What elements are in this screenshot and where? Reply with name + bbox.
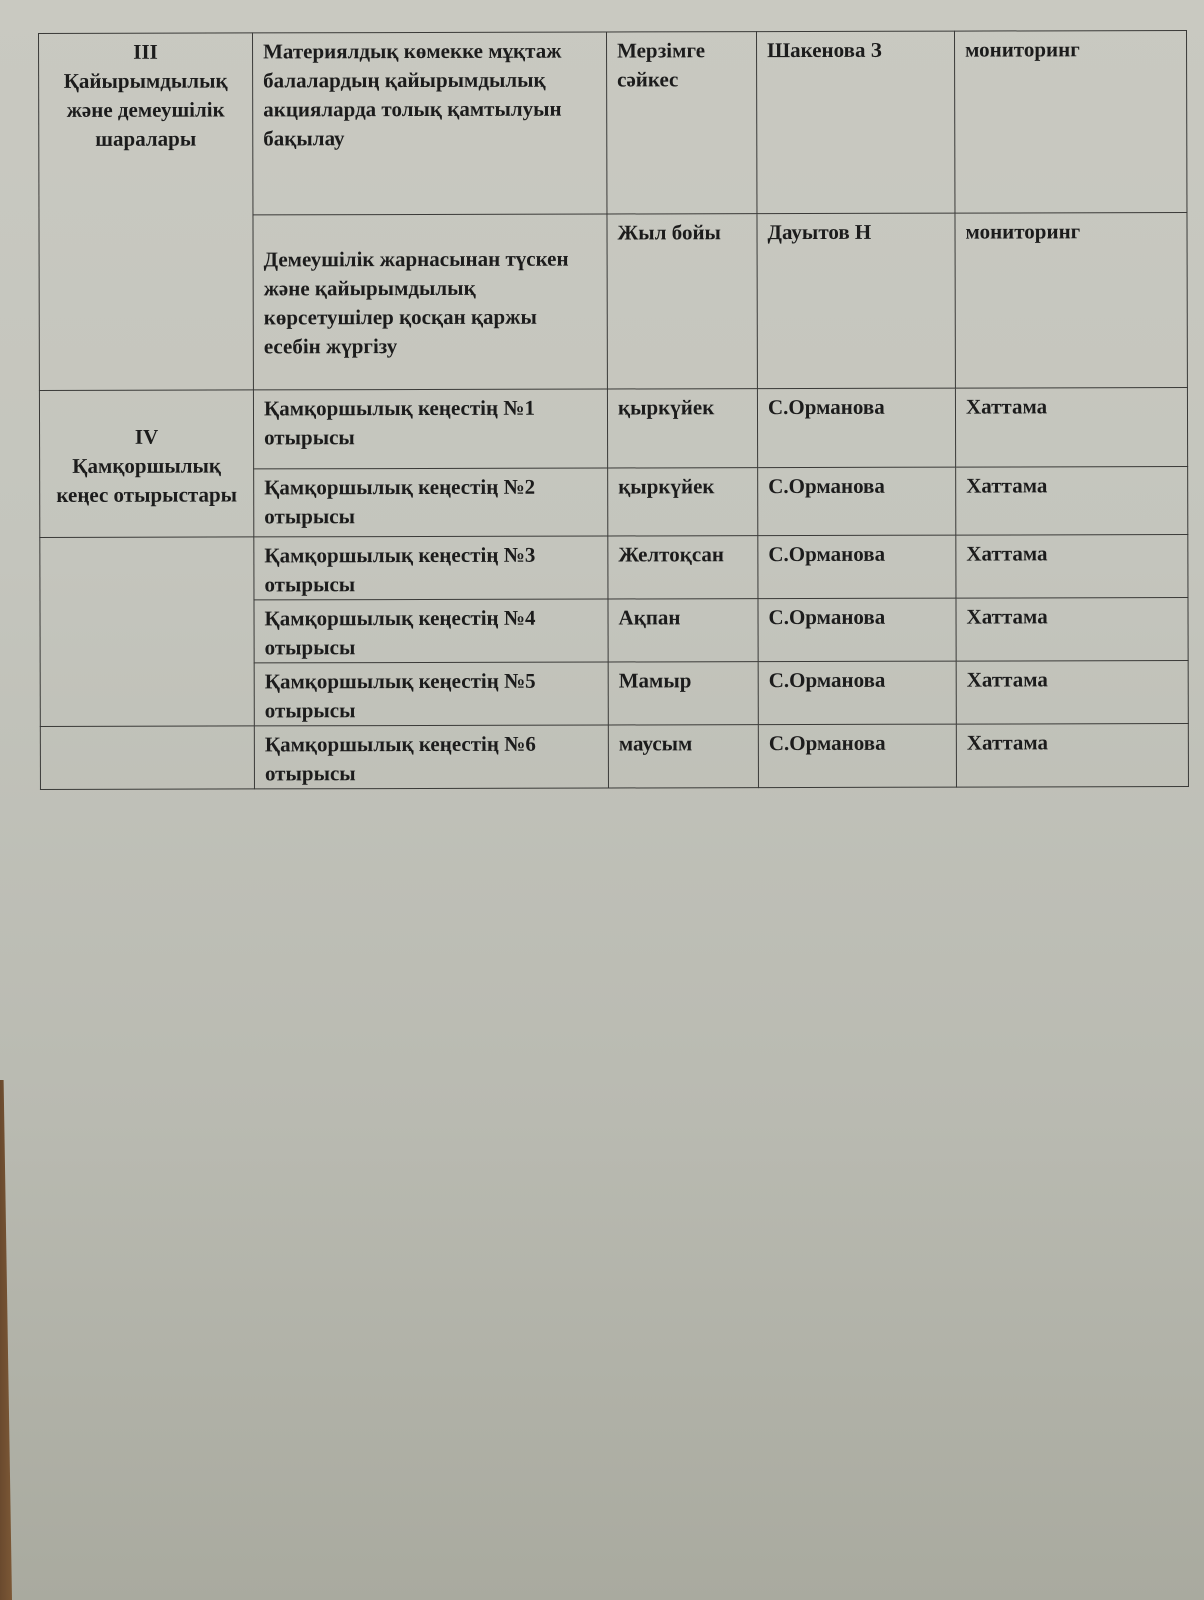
deadline-cell: қыркүйек	[608, 468, 758, 536]
document-page: III Қайырымдылық және демеушілік шаралар…	[0, 0, 1204, 1600]
section-cell-empty	[40, 537, 254, 727]
plan-table: III Қайырымдылық және демеушілік шаралар…	[38, 30, 1189, 790]
section-number	[50, 541, 243, 542]
responsible-cell: Шакенова З	[756, 31, 954, 214]
activity-cell: Қамқоршылық кеңестің №2 отырысы	[254, 468, 608, 537]
section-number: III	[49, 37, 242, 67]
deadline-cell: Желтоқсан	[608, 536, 758, 599]
activity-cell: Қамқоршылық кеңестің №6 отырысы	[254, 725, 608, 789]
deadline-cell: маусым	[608, 725, 758, 788]
deadline-cell: Жыл бойы	[607, 214, 757, 389]
section-number: IV	[50, 422, 243, 452]
section-title	[51, 730, 244, 731]
section-cell-iii: III Қайырымдылық және демеушілік шаралар…	[39, 33, 254, 391]
responsible-cell: Дауытов Н	[757, 213, 955, 389]
activity-cell: Қамқоршылық кеңестің №5 отырысы	[254, 662, 608, 726]
activity-cell: Демеушілік жарнасынан түскен және қайыры…	[253, 214, 607, 390]
section-title: Қайырымдылық және демеушілік шаралары	[49, 66, 242, 154]
output-cell: мониторинг	[954, 30, 1186, 213]
table-row: III Қайырымдылық және демеушілік шаралар…	[39, 30, 1187, 215]
activity-cell: Қамқоршылық кеңестің №1 отырысы	[253, 389, 607, 469]
deadline-cell: Мерзімге сәйкес	[606, 32, 756, 214]
output-cell: Хаттама	[956, 723, 1188, 787]
responsible-cell: С.Орманова	[758, 661, 956, 725]
output-cell: Хаттама	[956, 597, 1188, 661]
output-cell: Хаттама	[956, 660, 1188, 724]
responsible-cell: С.Орманова	[758, 467, 956, 536]
deadline-cell: Мамыр	[608, 662, 758, 725]
responsible-cell: С.Орманова	[758, 724, 956, 788]
output-cell: Хаттама	[956, 534, 1188, 598]
table-row: IV Қамқоршылық кеңес отырыстары Қамқоршы…	[39, 387, 1187, 469]
deadline-cell: қыркүйек	[607, 389, 757, 468]
responsible-cell: С.Орманова	[757, 388, 955, 468]
section-number	[51, 730, 244, 731]
table-row: Қамқоршылық кеңестің №3 отырысы Желтоқса…	[40, 534, 1188, 600]
activity-cell: Қамқоршылық кеңестің №3 отырысы	[254, 536, 608, 600]
section-cell-iv: IV Қамқоршылық кеңес отырыстары	[39, 390, 253, 538]
output-cell: Хаттама	[956, 466, 1188, 535]
responsible-cell: С.Орманова	[758, 598, 956, 662]
activity-cell: Қамқоршылық кеңестің №4 отырысы	[254, 599, 608, 663]
deadline-cell: Ақпан	[608, 599, 758, 662]
section-title: Қамқоршылық кеңес отырыстары	[50, 451, 243, 510]
section-cell-empty	[40, 726, 254, 790]
output-cell: Хаттама	[955, 387, 1187, 467]
table-row: Қамқоршылық кеңестің №6 отырысы маусым С…	[40, 723, 1188, 789]
output-cell: мониторинг	[955, 212, 1187, 388]
activity-cell: Материялдық көмекке мұқтаж балалардың қа…	[253, 32, 607, 215]
section-title	[50, 541, 243, 542]
responsible-cell: С.Орманова	[758, 535, 956, 599]
